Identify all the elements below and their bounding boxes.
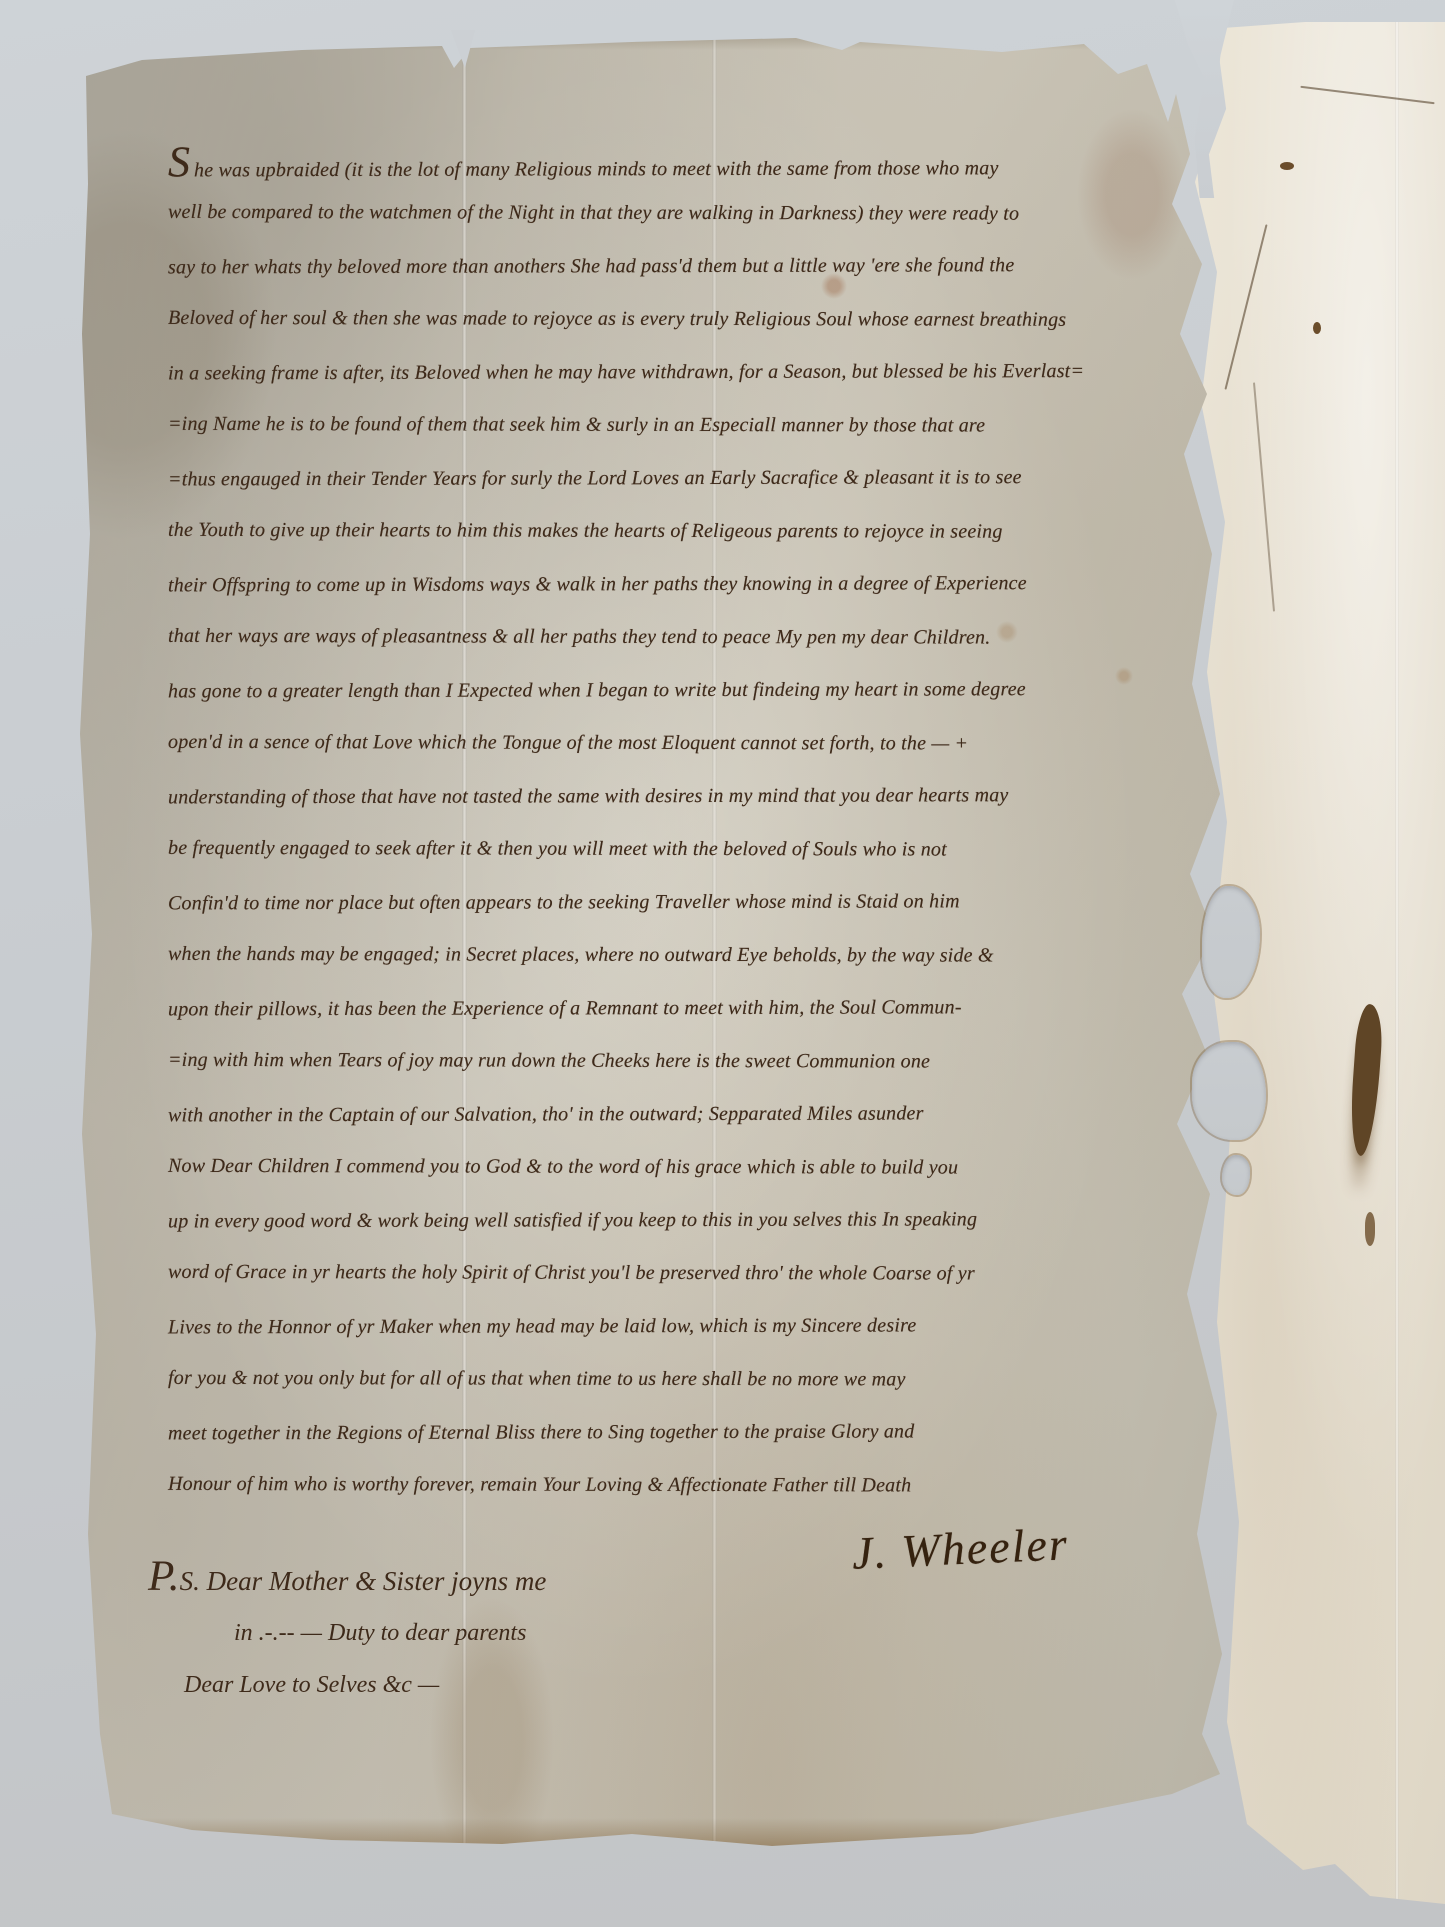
paper-top-edge [72,34,1232,50]
letter-line: when the hands may be engaged; in Secret… [168,928,1253,983]
letter-line: that her ways are ways of pleasantness &… [168,610,1253,665]
letter-body: She was upbraided (it is the lot of many… [168,134,1253,1529]
letter-line: Now Dear Children I commend you to God &… [168,1140,1253,1195]
paper-bottom-edge-stain [72,1818,1232,1848]
postscript-line: in .-.-- — Duty to dear parents [234,1620,526,1647]
paper-crack [1253,382,1275,611]
letter-photo: She was upbraided (it is the lot of many… [0,0,1445,1927]
letter-line: for you & not you only but for all of us… [168,1352,1253,1407]
torn-hole [1222,1155,1250,1195]
damage-speck [1280,162,1294,170]
letter-line: with another in the Captain of our Salva… [168,1087,1253,1143]
letter-line: Beloved of her soul & then she was made … [168,292,1253,347]
letter-line: well be compared to the watchmen of the … [168,186,1253,241]
letter-line: understanding of those that have not tas… [168,769,1253,825]
letter-line: be frequently engaged to seek after it &… [168,822,1253,877]
letter-line: upon their pillows, it has been the Expe… [168,981,1253,1037]
paper-crack [1300,86,1434,104]
second-leaf-fold-crease [1395,22,1399,1904]
letter-line: the Youth to give up their hearts to him… [168,504,1253,559]
letter-line: their Offspring to come up in Wisdoms wa… [168,557,1253,613]
letter-page: She was upbraided (it is the lot of many… [72,34,1232,1848]
damage-speck [1365,1212,1375,1246]
postscript-line: Dear Love to Selves &c — [184,1672,439,1699]
letter-line: say to her whats thy beloved more than a… [168,239,1253,295]
letter-line: =ing Name he is to be found of them that… [168,398,1253,453]
letter-line: She was upbraided (it is the lot of many… [168,133,1253,189]
letter-line: =thus engauged in their Tender Years for… [168,451,1253,507]
letter-line: =ing with him when Tears of joy may run … [168,1034,1253,1089]
letter-line: up in every good word & work being well … [168,1193,1253,1249]
damage-speck [1313,322,1321,334]
postscript-line: P.S. Dear Mother & Sister joyns me [148,1552,546,1601]
damage-streak [1348,1003,1385,1156]
letter-line: word of Grace in yr hearts the holy Spir… [168,1246,1253,1301]
letter-line: Confin'd to time nor place but often app… [168,875,1253,931]
letter-line: Honour of him who is worthy forever, rem… [168,1458,1253,1513]
letter-line: has gone to a greater length than I Expe… [168,663,1253,719]
paper-crack [1224,224,1267,389]
letter-line: in a seeking frame is after, its Beloved… [168,345,1253,401]
letter-line: open'd in a sence of that Love which the… [168,716,1253,771]
torn-hole [1192,1042,1266,1140]
signature: J. Wheeler [851,1517,1070,1579]
letter-line: Lives to the Honnor of yr Maker when my … [168,1299,1253,1355]
letter-line: meet together in the Regions of Eternal … [168,1405,1253,1461]
